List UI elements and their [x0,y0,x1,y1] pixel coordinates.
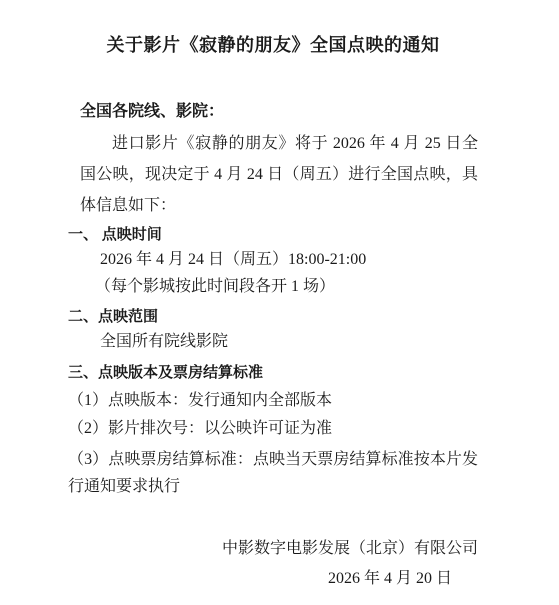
screening-time-note: （每个影城按此时间段各开 1 场） [95,276,478,298]
section-3-heading: 三、点映版本及票房结算标准 [68,362,478,384]
signature-block: 中影数字电影发展（北京）有限公司 2026 年 4 月 20 日 [68,538,478,590]
section-1-heading: 一、 点映时间 [68,224,478,246]
notice-title: 关于影片《寂静的朋友》全国点映的通知 [68,33,478,58]
settlement-item-1: （1）点映版本：发行通知内全部版本 [68,390,478,412]
settlement-item-3: （3）点映票房结算标准：点映当天票房结算标准按本片发行通知要求执行 [68,446,478,500]
section-2-heading: 二、点映范围 [68,306,478,328]
notice-document: 关于影片《寂静的朋友》全国点映的通知 全国各院线、影院： 进口影片《寂静的朋友》… [0,0,559,605]
greeting: 全国各院线、影院： [80,100,478,124]
signature-company: 中影数字电影发展（北京）有限公司 [68,538,478,560]
settlement-item-2: （2）影片排次号：以公映许可证为准 [68,418,478,440]
screening-scope: 全国所有院线影院 [100,331,478,353]
intro-paragraph: 进口影片《寂静的朋友》将于 2026 年 4 月 25 日全国公映，现决定于 4… [80,128,478,221]
signature-date: 2026 年 4 月 20 日 [68,568,478,590]
screening-time: 2026 年 4 月 24 日（周五）18:00-21:00 [100,249,478,271]
